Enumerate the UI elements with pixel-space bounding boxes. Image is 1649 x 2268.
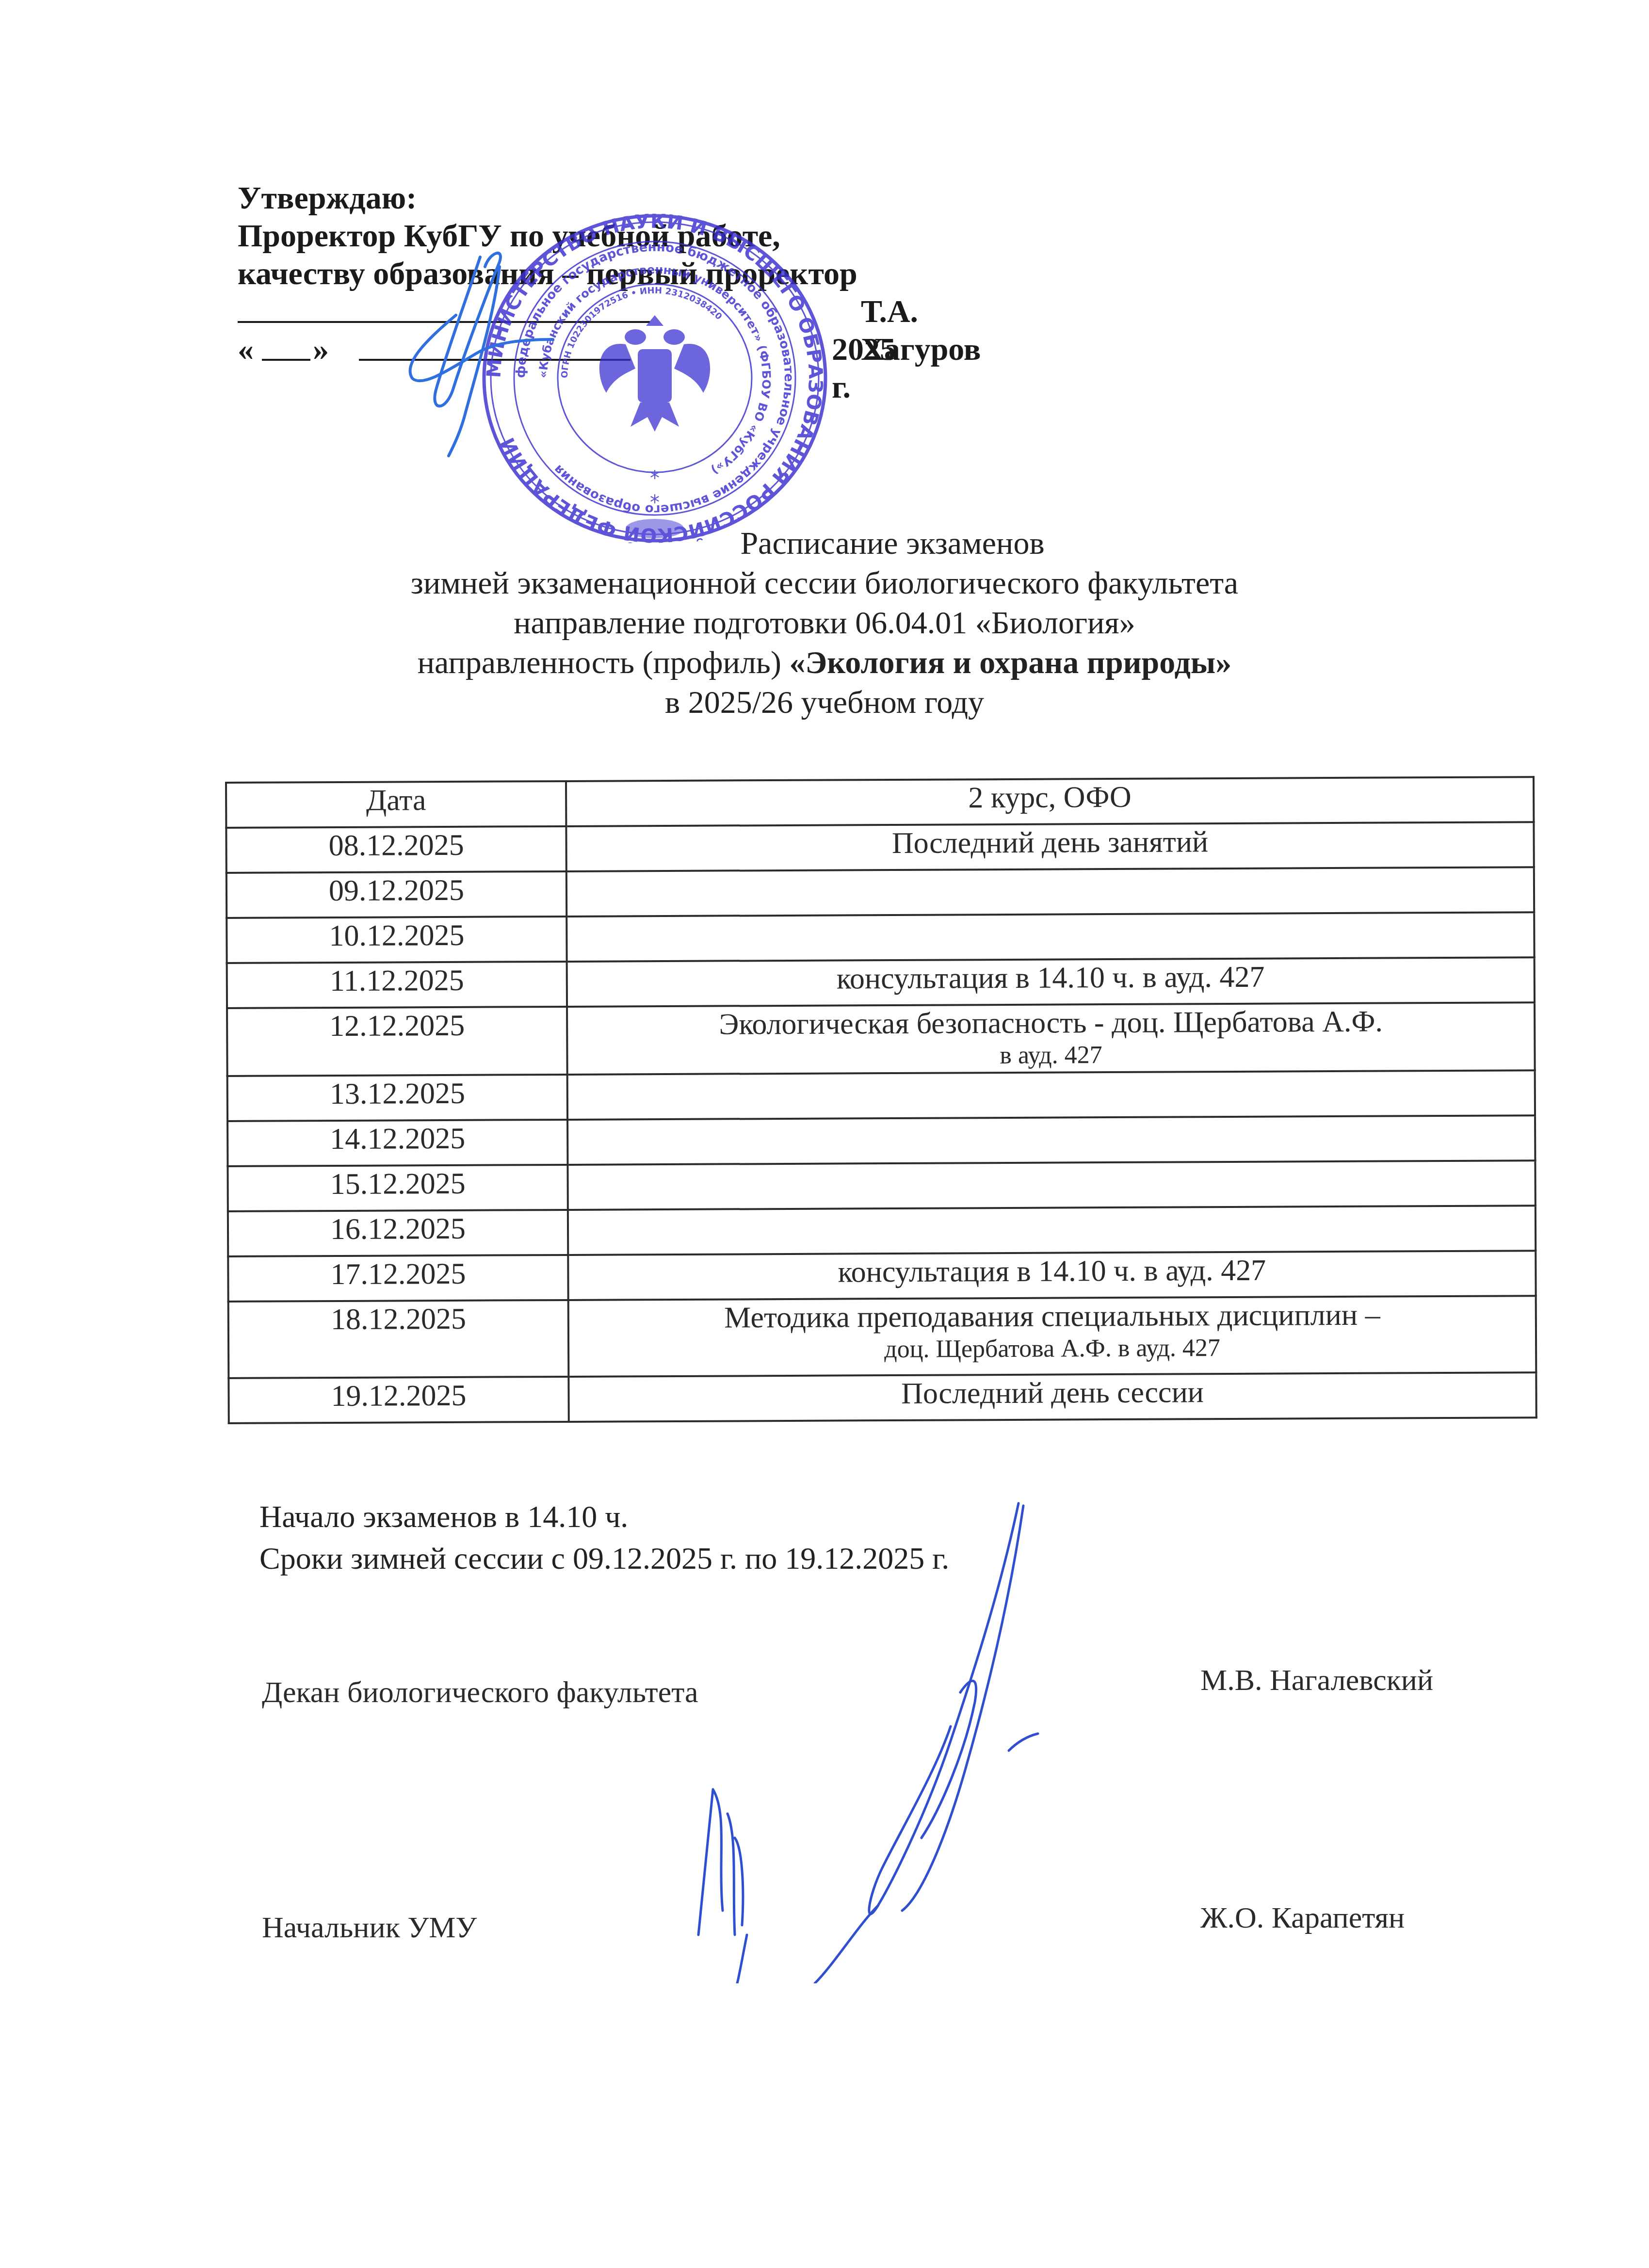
- signatory-name-dean: М.В. Нагалевский: [1200, 1663, 1433, 1698]
- signatory-role-dean: Декан биологического факультета: [262, 1675, 698, 1710]
- signatory-role-umu: Начальник УМУ: [262, 1911, 477, 1945]
- signatory-name-umu: Ж.О. Карапетян: [1200, 1901, 1405, 1935]
- document-page: Утверждаю: Проректор КубГУ по учебной ра…: [0, 0, 1649, 2268]
- signatories: Декан биологического факультета М.В. Наг…: [0, 0, 1649, 2268]
